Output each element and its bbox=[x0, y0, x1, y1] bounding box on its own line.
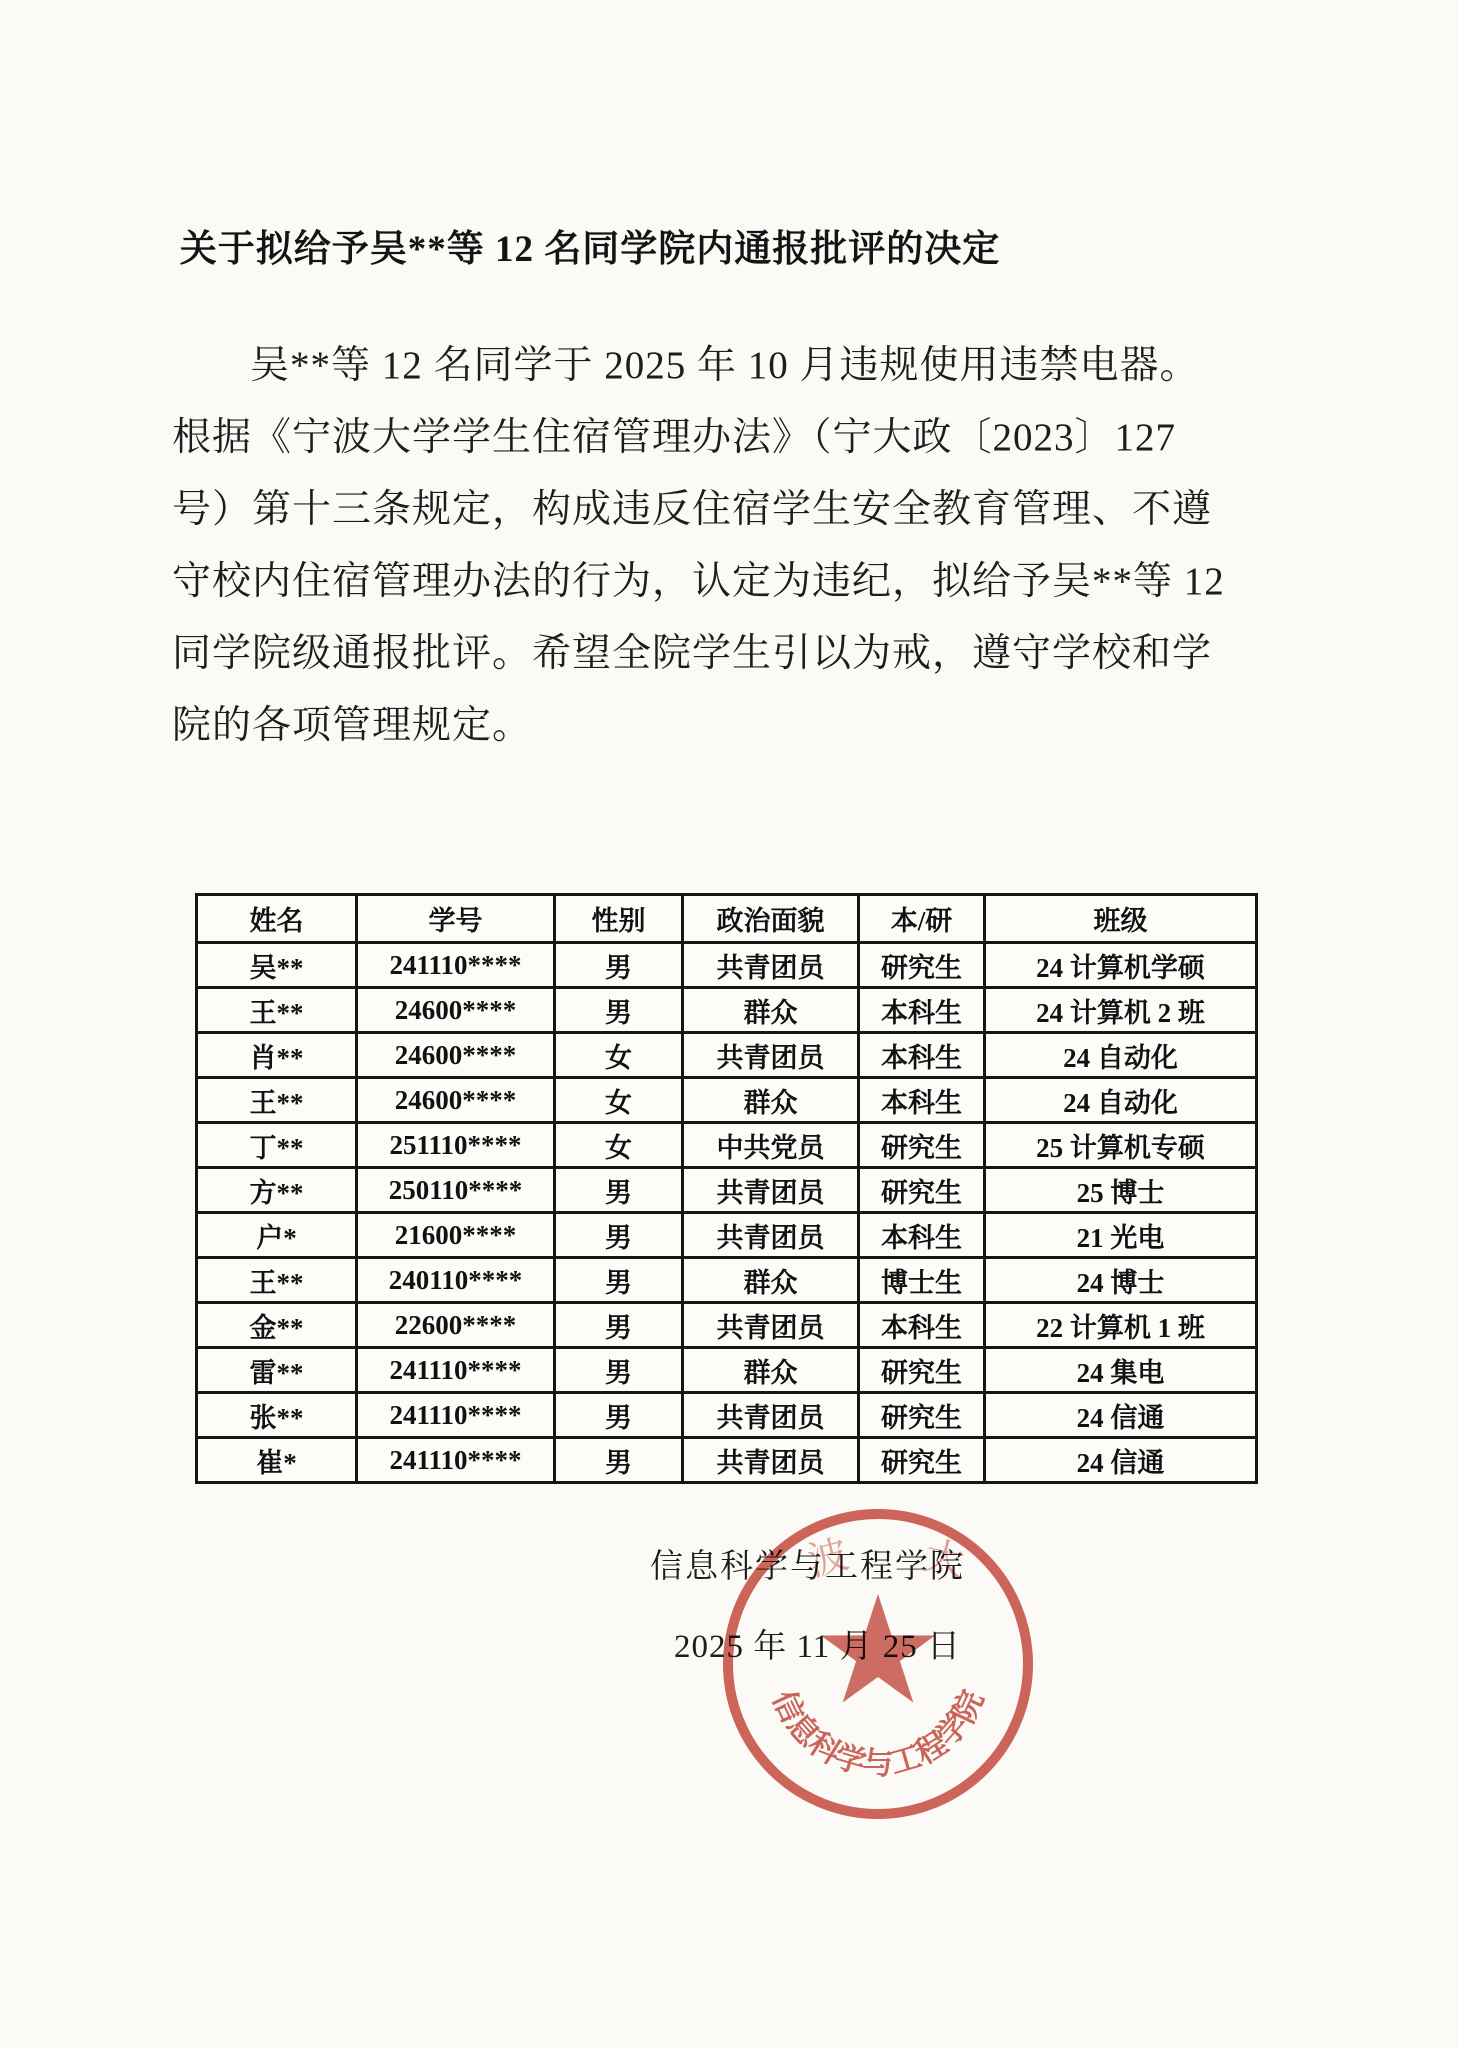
table-cell: 男 bbox=[555, 1303, 683, 1348]
table-cell: 24 博士 bbox=[985, 1258, 1257, 1303]
table-cell: 24 集电 bbox=[985, 1348, 1257, 1393]
table-cell: 男 bbox=[555, 1213, 683, 1258]
document-body-paragraph: 吴**等 12 名同学于 2025 年 10 月违规使用违禁电器。根据《宁波大学… bbox=[172, 330, 1272, 762]
table-header-cell: 班级 bbox=[985, 895, 1257, 943]
table-cell: 共青团员 bbox=[683, 1303, 859, 1348]
table-cell: 21600**** bbox=[357, 1213, 555, 1258]
table-cell: 241110**** bbox=[357, 943, 555, 988]
table-cell: 251110**** bbox=[357, 1123, 555, 1168]
table-cell: 21 光电 bbox=[985, 1213, 1257, 1258]
table-cell: 24600**** bbox=[357, 1078, 555, 1123]
table-row: 户*21600****男共青团员本科生21 光电 bbox=[197, 1213, 1257, 1258]
seal-bottom-text: 信息科学与工程学院 bbox=[766, 1685, 991, 1781]
table-cell: 22 计算机 1 班 bbox=[985, 1303, 1257, 1348]
table-cell: 共青团员 bbox=[683, 1168, 859, 1213]
table-cell: 共青团员 bbox=[683, 1438, 859, 1483]
table-cell: 25 博士 bbox=[985, 1168, 1257, 1213]
table-cell: 共青团员 bbox=[683, 1033, 859, 1078]
table-cell: 研究生 bbox=[859, 1438, 985, 1483]
table-cell: 24 计算机 2 班 bbox=[985, 988, 1257, 1033]
table-header-cell: 性别 bbox=[555, 895, 683, 943]
table-cell: 研究生 bbox=[859, 1123, 985, 1168]
table-cell: 女 bbox=[555, 1123, 683, 1168]
table-cell: 吴** bbox=[197, 943, 357, 988]
table-cell: 24600**** bbox=[357, 1033, 555, 1078]
table-row: 方**250110****男共青团员研究生25 博士 bbox=[197, 1168, 1257, 1213]
table-row: 王**24600****女群众本科生24 自动化 bbox=[197, 1078, 1257, 1123]
table-cell: 男 bbox=[555, 1393, 683, 1438]
document-page: 关于拟给予吴**等 12 名同学院内通报批评的决定 吴**等 12 名同学于 2… bbox=[0, 0, 1458, 2048]
table-cell: 王** bbox=[197, 1258, 357, 1303]
table-cell: 男 bbox=[555, 1348, 683, 1393]
table-row: 崔*241110****男共青团员研究生24 信通 bbox=[197, 1438, 1257, 1483]
student-roster-table: 姓名学号性别政治面貌本/研班级 吴**241110****男共青团员研究生24 … bbox=[195, 893, 1258, 1484]
table-row: 王**240110****男群众博士生24 博士 bbox=[197, 1258, 1257, 1303]
table-cell: 户* bbox=[197, 1213, 357, 1258]
table-cell: 共青团员 bbox=[683, 943, 859, 988]
table-cell: 24600**** bbox=[357, 988, 555, 1033]
table-cell: 250110**** bbox=[357, 1168, 555, 1213]
table-cell: 本科生 bbox=[859, 1033, 985, 1078]
table-header-cell: 政治面貌 bbox=[683, 895, 859, 943]
body-line: 同学院级通报批评。希望全院学生引以为戒，遵守学校和学 bbox=[172, 618, 1272, 690]
table-cell: 群众 bbox=[683, 1258, 859, 1303]
table-cell: 24 计算机学硕 bbox=[985, 943, 1257, 988]
body-line: 号）第十三条规定，构成违反住宿学生安全教育管理、不遵 bbox=[172, 474, 1272, 546]
body-line: 根据《宁波大学学生住宿管理办法》（宁大政〔2023〕127 bbox=[172, 402, 1272, 474]
table-header-cell: 姓名 bbox=[197, 895, 357, 943]
table-cell: 240110**** bbox=[357, 1258, 555, 1303]
table-cell: 丁** bbox=[197, 1123, 357, 1168]
table-cell: 群众 bbox=[683, 1348, 859, 1393]
table-cell: 王** bbox=[197, 988, 357, 1033]
table-cell: 博士生 bbox=[859, 1258, 985, 1303]
table-cell: 肖** bbox=[197, 1033, 357, 1078]
table-cell: 雷** bbox=[197, 1348, 357, 1393]
table-cell: 研究生 bbox=[859, 1348, 985, 1393]
table-cell: 中共党员 bbox=[683, 1123, 859, 1168]
table-row: 王**24600****男群众本科生24 计算机 2 班 bbox=[197, 988, 1257, 1033]
table-cell: 男 bbox=[555, 1258, 683, 1303]
table-row: 肖**24600****女共青团员本科生24 自动化 bbox=[197, 1033, 1257, 1078]
table-header-cell: 学号 bbox=[357, 895, 555, 943]
table-cell: 共青团员 bbox=[683, 1213, 859, 1258]
table-cell: 崔* bbox=[197, 1438, 357, 1483]
table-row: 张**241110****男共青团员研究生24 信通 bbox=[197, 1393, 1257, 1438]
table-cell: 24 自动化 bbox=[985, 1033, 1257, 1078]
table-cell: 本科生 bbox=[859, 988, 985, 1033]
table-cell: 金** bbox=[197, 1303, 357, 1348]
table-cell: 研究生 bbox=[859, 1168, 985, 1213]
table-row: 丁**251110****女中共党员研究生25 计算机专硕 bbox=[197, 1123, 1257, 1168]
table-row: 吴**241110****男共青团员研究生24 计算机学硕 bbox=[197, 943, 1257, 988]
body-line: 吴**等 12 名同学于 2025 年 10 月违规使用违禁电器。 bbox=[172, 330, 1272, 402]
table-cell: 241110**** bbox=[357, 1438, 555, 1483]
table-cell: 24 信通 bbox=[985, 1438, 1257, 1483]
table-cell: 女 bbox=[555, 1078, 683, 1123]
table-cell: 24 信通 bbox=[985, 1393, 1257, 1438]
table-cell: 张** bbox=[197, 1393, 357, 1438]
table-cell: 本科生 bbox=[859, 1078, 985, 1123]
table-cell: 本科生 bbox=[859, 1303, 985, 1348]
table-cell: 共青团员 bbox=[683, 1393, 859, 1438]
table-cell: 男 bbox=[555, 1438, 683, 1483]
table-cell: 群众 bbox=[683, 1078, 859, 1123]
table-cell: 王** bbox=[197, 1078, 357, 1123]
table-cell: 本科生 bbox=[859, 1213, 985, 1258]
table-cell: 24 自动化 bbox=[985, 1078, 1257, 1123]
table-row: 雷**241110****男群众研究生24 集电 bbox=[197, 1348, 1257, 1393]
body-line: 院的各项管理规定。 bbox=[172, 690, 1272, 762]
table-cell: 女 bbox=[555, 1033, 683, 1078]
table-cell: 241110**** bbox=[357, 1348, 555, 1393]
table-cell: 男 bbox=[555, 943, 683, 988]
table-cell: 研究生 bbox=[859, 1393, 985, 1438]
table-header-row: 姓名学号性别政治面貌本/研班级 bbox=[197, 895, 1257, 943]
table-cell: 研究生 bbox=[859, 943, 985, 988]
table-cell: 男 bbox=[555, 1168, 683, 1213]
table-cell: 群众 bbox=[683, 988, 859, 1033]
table-cell: 方** bbox=[197, 1168, 357, 1213]
table-cell: 241110**** bbox=[357, 1393, 555, 1438]
document-title: 关于拟给予吴**等 12 名同学院内通报批评的决定 bbox=[150, 218, 1030, 272]
table-row: 金**22600****男共青团员本科生22 计算机 1 班 bbox=[197, 1303, 1257, 1348]
table-header-cell: 本/研 bbox=[859, 895, 985, 943]
body-line: 守校内住宿管理办法的行为，认定为违纪，拟给予吴**等 12 bbox=[172, 546, 1272, 618]
signing-department: 信息科学与工程学院 bbox=[650, 1540, 965, 1587]
table-cell: 男 bbox=[555, 988, 683, 1033]
signature-date: 2025 年 11 月 25 日 bbox=[674, 1620, 961, 1667]
table-cell: 25 计算机专硕 bbox=[985, 1123, 1257, 1168]
table-cell: 22600**** bbox=[357, 1303, 555, 1348]
